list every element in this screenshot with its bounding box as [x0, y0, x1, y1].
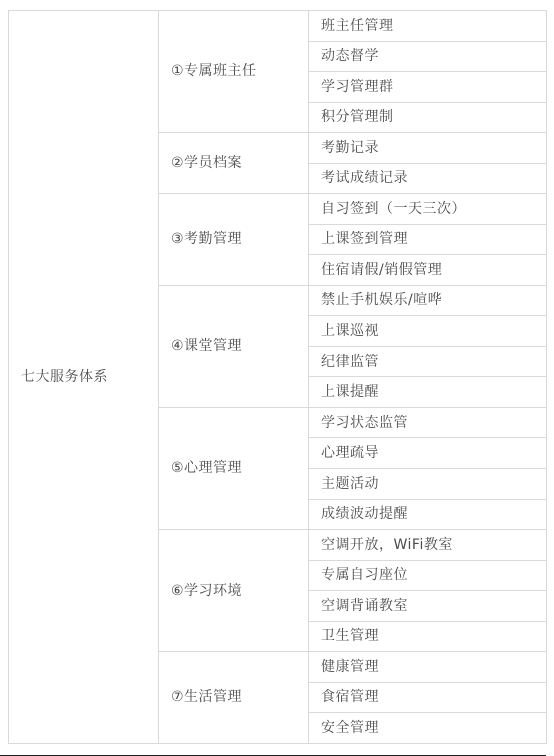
service-item-cell: 安全管理: [309, 713, 547, 744]
service-item-cell: 上课签到管理: [309, 224, 547, 255]
service-item-cell: 住宿请假/销假管理: [309, 255, 547, 286]
group-label-cell: ⑦生活管理: [159, 652, 309, 744]
service-item-cell: 禁止手机娱乐/喧哗: [309, 285, 547, 316]
service-item-cell: 空调开放，WiFi教室: [309, 530, 547, 561]
group-label-cell: ④课堂管理: [159, 285, 309, 407]
table-row: 七大服务体系①专属班主任班主任管理: [9, 11, 547, 42]
service-item-cell: 上课提醒: [309, 377, 547, 408]
group-label-cell: ③考勤管理: [159, 194, 309, 286]
service-item-cell: 班主任管理: [309, 11, 547, 42]
service-item-cell: 学习管理群: [309, 72, 547, 103]
group-label-cell: ⑤心理管理: [159, 407, 309, 529]
service-item-cell: 卫生管理: [309, 621, 547, 652]
service-item-cell: 上课巡视: [309, 316, 547, 347]
service-item-cell: 主题活动: [309, 468, 547, 499]
service-system-table: 七大服务体系①专属班主任班主任管理动态督学学习管理群积分管理制②学员档案考勤记录…: [8, 10, 547, 744]
service-item-cell: 空调背诵教室: [309, 591, 547, 622]
service-item-cell: 动态督学: [309, 41, 547, 72]
group-label-cell: ①专属班主任: [159, 11, 309, 133]
service-item-cell: 心理疏导: [309, 438, 547, 469]
service-item-cell: 健康管理: [309, 652, 547, 683]
service-item-cell: 自习签到（一天三次）: [309, 194, 547, 225]
service-item-cell: 积分管理制: [309, 102, 547, 133]
group-label-cell: ⑥学习环境: [159, 530, 309, 652]
service-item-cell: 专属自习座位: [309, 560, 547, 591]
root-category-cell: 七大服务体系: [9, 11, 159, 744]
group-label-cell: ②学员档案: [159, 133, 309, 194]
service-item-cell: 食宿管理: [309, 682, 547, 713]
service-item-cell: 考试成绩记录: [309, 163, 547, 194]
service-item-cell: 考勤记录: [309, 133, 547, 164]
service-item-cell: 纪律监管: [309, 346, 547, 377]
service-item-cell: 学习状态监管: [309, 407, 547, 438]
service-item-cell: 成绩波动提醒: [309, 499, 547, 530]
